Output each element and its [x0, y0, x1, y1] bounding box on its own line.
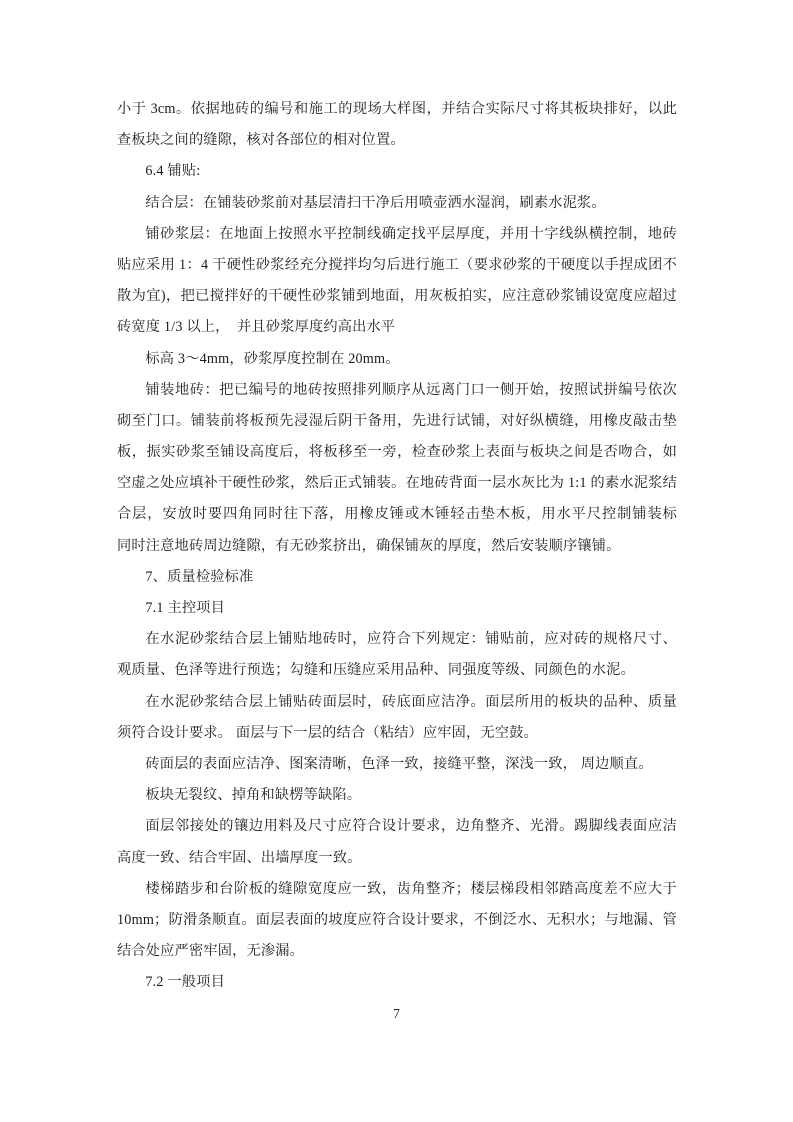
- text-line: 散为宜)，把已搅拌好的干硬性砂浆铺到地面，用灰板拍实，应注意砂浆铺设宽度应超过地: [117, 281, 677, 312]
- text-line: 10mm；防滑条顺直。面层表面的坡度应符合设计要求，不倒泛水、无积水；与地漏、管…: [117, 905, 677, 936]
- text-line: 7、质量检验标准: [117, 562, 677, 593]
- text-line: 7.1 主控项目: [117, 593, 677, 624]
- text-line: 合层，安放时要四角同时往下落，用橡皮锤或木锤轻击垫木板，用水平尺控制铺装标高，: [117, 499, 677, 530]
- text-line: 铺砂浆层：在地面上按照水平控制线确定找平层厚度，并用十字线纵横控制，地砖镶: [117, 219, 677, 250]
- text-line: 同时注意地砖周边缝隙，有无砂浆挤出，确保铺灰的厚度，然后安装顺序镶铺。: [117, 531, 677, 562]
- text-line: 查板块之间的缝隙，核对各部位的相对位置。: [117, 125, 677, 156]
- text-line: 小于 3cm。依据地砖的编号和施工的现场大样图，并结合实际尺寸将其板块排好，以此…: [117, 94, 677, 125]
- text-line: 在水泥砂浆结合层上铺贴砖面层时，砖底面应洁净。面层所用的板块的品种、质量必: [117, 687, 677, 718]
- text-line: 结合层：在铺装砂浆前对基层清扫干净后用喷壶洒水湿润，刷素水泥浆。: [117, 188, 677, 219]
- text-line: 结合处应严密牢固，无渗漏。: [117, 936, 677, 967]
- text-line: 板块无裂纹、掉角和缺楞等缺陷。: [117, 780, 677, 811]
- text-line: 铺装地砖：把已编号的地砖按照排列顺序从远离门口一侧开始，按照试拼编号依次铺: [117, 375, 677, 406]
- text-line: 面层邻接处的镶边用料及尺寸应符合设计要求，边角整齐、光滑。踢脚线表面应洁净、: [117, 811, 677, 842]
- text-line: 板，振实砂浆至铺设高度后，将板移至一旁，检查砂浆上表面与板块之间是否吻合，如有: [117, 437, 677, 468]
- text-line: 砖面层的表面应洁净、图案清晰，色泽一致，接缝平整，深浅一致， 周边顺直。: [117, 749, 677, 780]
- page-number: 7: [0, 1004, 793, 1026]
- text-line: 6.4 铺贴:: [117, 156, 677, 187]
- text-line: 观质量、色泽等进行预选；勾缝和压缝应采用品种、同强度等级、同颜色的水泥。: [117, 655, 677, 686]
- text-line: 空虚之处应填补干硬性砂浆，然后正式铺装。在地砖背面一层水灰比为 1:1 的素水泥…: [117, 468, 677, 499]
- text-line: 标高 3～4mm，砂浆厚度控制在 20mm。: [117, 344, 677, 375]
- text-line: 须符合设计要求。 面层与下一层的结合（粘结）应牢固，无空鼓。: [117, 718, 677, 749]
- text-line: 贴应采用 1：4 干硬性砂浆经充分搅拌均匀后进行施工（要求砂浆的干硬度以手捏成团…: [117, 250, 677, 281]
- text-line: 高度一致、结合牢固、出墙厚度一致。: [117, 843, 677, 874]
- document-body: 小于 3cm。依据地砖的编号和施工的现场大样图，并结合实际尺寸将其板块排好，以此…: [117, 94, 677, 998]
- text-line: 楼梯踏步和台阶板的缝隙宽度应一致，齿角整齐；楼层梯段相邻踏高度差不应大于: [117, 874, 677, 905]
- text-line: 砖宽度 1/3 以上， 并且砂浆厚度约高出水平: [117, 312, 677, 343]
- text-line: 在水泥砂浆结合层上铺贴地砖时，应符合下列规定：铺贴前，应对砖的规格尺寸、外: [117, 624, 677, 655]
- document-page: 小于 3cm。依据地砖的编号和施工的现场大样图，并结合实际尺寸将其板块排好，以此…: [0, 0, 793, 1122]
- text-line: 砌至门口。铺装前将板预先浸湿后阴干备用，先进行试铺，对好纵横缝，用橡皮敲击垫木: [117, 406, 677, 437]
- text-line: 7.2 一般项目: [117, 967, 677, 998]
